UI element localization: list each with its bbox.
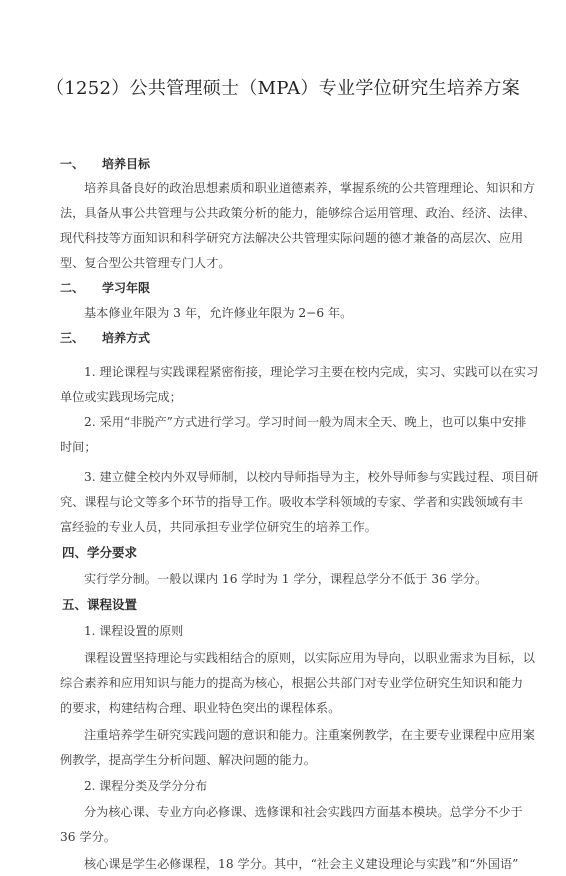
paragraph-line: 核心课是学生必修课程，18 学分。其中，“社会主义建设理论与实践”和“外国语” bbox=[84, 856, 554, 872]
paragraph-line: 富经验的专业人员，共同承担专业学位研究生的培养工作。 bbox=[60, 519, 530, 535]
section-heading-1: 一、培养目标 bbox=[60, 156, 530, 172]
paragraph-line: 3. 建立健全校内外双导师制，以校内导师指导为主，校外导师参与实践过程、项目研 bbox=[84, 469, 554, 485]
paragraph-line: 实行学分制。一般以课内 16 学时为 1 学分，课程总学分不低于 36 学分。 bbox=[84, 571, 554, 587]
document-title: （1252）公共管理硕士（MPA）专业学位研究生培养方案 bbox=[0, 74, 566, 100]
paragraph-line: 2. 采用“非脱产”方式进行学习。学习时间一般为周末全天、晚上，也可以集中安排 bbox=[84, 414, 554, 430]
paragraph-line: 基本修业年限为 3 年，允许修业年限为 2−6 年。 bbox=[84, 305, 554, 321]
section-heading-2: 二、学习年限 bbox=[60, 280, 530, 296]
paragraph-line: 分为核心课、专业方向必修课、选修课和社会实践四方面基本模块。总学分不少于 bbox=[84, 804, 554, 820]
section-heading-5: 五、课程设置 bbox=[62, 597, 532, 613]
paragraph-line: 课程设置坚持理论与实践相结合的原则，以实际应用为导向，以职业需求为目标，以 bbox=[84, 650, 554, 666]
paragraph-line: 单位或实践现场完成； bbox=[60, 389, 530, 405]
section-title: 学习年限 bbox=[102, 281, 150, 295]
paragraph-line: 的要求，构建结构合理、职业特色突出的课程体系。 bbox=[60, 700, 530, 716]
paragraph-line: 型、复合型公共管理专门人才。 bbox=[60, 255, 530, 271]
paragraph-line: 时间； bbox=[60, 439, 530, 455]
section-title: 培养方式 bbox=[102, 331, 150, 345]
paragraph-line: 究、课程与论文等多个环节的指导工作。吸收本学科领域的专家、学者和实践领域有丰 bbox=[60, 494, 530, 510]
paragraph-line: 现代科技等方面知识和科学研究方法解决公共管理实际问题的德才兼备的高层次、应用 bbox=[60, 230, 530, 246]
section-title: 培养目标 bbox=[102, 157, 150, 171]
paragraph-line: 注重培养学生研究实践问题的意识和能力。注重案例教学，在主要专业课程中应用案 bbox=[84, 727, 554, 743]
document-page: （1252）公共管理硕士（MPA）专业学位研究生培养方案 一、培养目标 培养具备… bbox=[0, 0, 566, 876]
paragraph-line: 1. 理论课程与实践课程紧密衔接，理论学习主要在校内完成，实习、实践可以在实习 bbox=[84, 364, 554, 380]
section-number: 二、 bbox=[60, 280, 102, 296]
paragraph-line: 36 学分。 bbox=[60, 829, 530, 845]
section-heading-3: 三、培养方式 bbox=[60, 330, 530, 346]
section-heading-4: 四、学分要求 bbox=[62, 545, 532, 561]
paragraph-line: 培养具备良好的政治思想素质和职业道德素养，掌握系统的公共管理理论、知识和方 bbox=[84, 180, 554, 196]
subsection-heading-2: 2. 课程分类及学分分布 bbox=[84, 778, 554, 794]
subsection-heading-1: 1. 课程设置的原则 bbox=[84, 623, 554, 639]
paragraph-line: 例教学，提高学生分析问题、解决问题的能力。 bbox=[60, 752, 530, 768]
paragraph-line: 法，具备从事公共管理与公共政策分析的能力，能够综合运用管理、政治、经济、法律、 bbox=[60, 205, 530, 221]
paragraph-line: 综合素养和应用知识与能力的提高为核心，根据公共部门对专业学位研究生知识和能力 bbox=[60, 675, 530, 691]
section-number: 一、 bbox=[60, 156, 102, 172]
section-number: 三、 bbox=[60, 330, 102, 346]
